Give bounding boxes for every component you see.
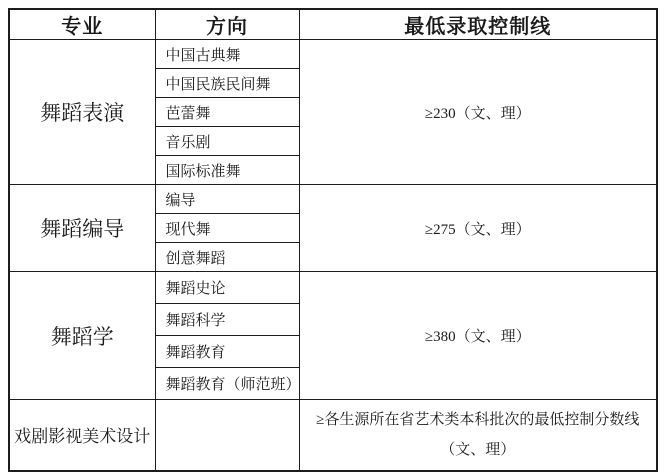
direction-cell: 舞蹈科学 [155, 304, 299, 336]
direction-cell-empty [155, 400, 299, 471]
document-page: 专业 方向 最低录取控制线 舞蹈表演 中国古典舞 ≥230（文、理） 中国民族民… [0, 0, 664, 475]
header-cell-major: 专业 [9, 9, 155, 40]
table-row: 戏剧影视美术设计 ≥各生源所在省艺术类本科批次的最低控制分数线 （文、理） [9, 400, 657, 471]
score-cell-dance-performance: ≥230（文、理） [299, 40, 657, 185]
score-cell-dance-studies: ≥380（文、理） [299, 272, 657, 400]
major-cell-drama-film-tv-art-design: 戏剧影视美术设计 [9, 400, 155, 471]
table-row: 舞蹈学 舞蹈史论 ≥380（文、理） [9, 272, 657, 304]
major-cell-dance-performance: 舞蹈表演 [9, 40, 155, 185]
direction-cell: 舞蹈史论 [155, 272, 299, 304]
admission-score-table: 专业 方向 最低录取控制线 舞蹈表演 中国古典舞 ≥230（文、理） 中国民族民… [8, 8, 658, 472]
direction-cell: 舞蹈教育（师范班） [155, 368, 299, 400]
direction-cell: 舞蹈教育 [155, 336, 299, 368]
direction-cell: 国际标准舞 [155, 156, 299, 185]
score-cell-drama-film-tv-art-design: ≥各生源所在省艺术类本科批次的最低控制分数线 （文、理） [299, 400, 657, 471]
score-line-1: ≥各生源所在省艺术类本科批次的最低控制分数线 [300, 405, 657, 435]
score-cell-dance-choreography: ≥275（文、理） [299, 185, 657, 272]
direction-cell: 现代舞 [155, 214, 299, 243]
direction-cell: 中国古典舞 [155, 40, 299, 69]
major-cell-dance-studies: 舞蹈学 [9, 272, 155, 400]
header-cell-min-score-line: 最低录取控制线 [299, 9, 657, 40]
direction-cell: 芭蕾舞 [155, 98, 299, 127]
direction-cell: 音乐剧 [155, 127, 299, 156]
header-cell-direction: 方向 [155, 9, 299, 40]
table-row: 舞蹈编导 编导 ≥275（文、理） [9, 185, 657, 214]
major-cell-dance-choreography: 舞蹈编导 [9, 185, 155, 272]
score-line-2: （文、理） [300, 435, 657, 465]
direction-cell: 创意舞蹈 [155, 243, 299, 272]
table-row: 舞蹈表演 中国古典舞 ≥230（文、理） [9, 40, 657, 69]
direction-cell: 编导 [155, 185, 299, 214]
direction-cell: 中国民族民间舞 [155, 69, 299, 98]
table-header-row: 专业 方向 最低录取控制线 [9, 9, 657, 40]
